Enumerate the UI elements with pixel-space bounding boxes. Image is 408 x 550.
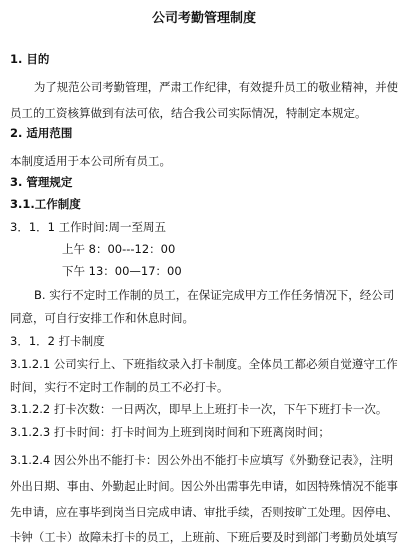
document-title: 公司考勤管理制度 (0, 11, 408, 27)
afternoon-hours: 下午 13：00—17：00 (62, 264, 182, 278)
paragraph-line: 卡钟（工卡）故障未打卡的员工，上班前、下班后要及时到部门考勤员处填写 (10, 530, 398, 544)
paragraph-line: 3.1.2.2 打卡次数：一日两次，即早上上班打卡一次，下午下班打卡一次。 (10, 402, 387, 416)
paragraph-line: 3.1.2.4 因公外出不能打卡：因公外出不能打卡应填写《外勤登记表》，注明 (10, 453, 393, 467)
morning-hours: 上午 8：00---12：00 (62, 242, 175, 256)
paragraph-line: B. 实行不定时工作制的员工，在保证完成甲方工作任务情况下，经公司 (34, 288, 394, 302)
section-heading-scope: 2. 适用范围 (10, 126, 72, 140)
clause-clock-in-system: 3．1．2 打卡制度 (10, 334, 105, 348)
paragraph-line: 同意，可自行安排工作和休息时间。 (10, 311, 194, 325)
section-heading-purpose: 1. 目的 (10, 52, 49, 66)
section-heading-rules: 3. 管理规定 (10, 175, 72, 189)
paragraph-line: 本制度适用于本公司所有员工。 (10, 154, 171, 168)
paragraph-line: 外出日期、事由、外勤起止时间。因公外出需事先申请，如因特殊情况不能事 (10, 479, 398, 493)
clause-work-hours: 3．1．1 工作时间:周一至周五 (10, 220, 166, 234)
paragraph-line: 3.1.2.1 公司实行上、下班指纹录入打卡制度。全体员工都必须自觉遵守工作 (10, 357, 398, 371)
paragraph-line: 员工的工资核算做到有法可依，结合我公司实际情况，特制定本规定。 (10, 106, 367, 120)
paragraph-line: 先申请，应在事毕到岗当日完成申请、审批手续，否则按旷工处理。因停电、 (10, 505, 398, 519)
paragraph-line: 为了规范公司考勤管理，严肃工作纪律，有效提升员工的敬业精神，并使 (34, 80, 398, 94)
paragraph-line: 时间，实行不定时工作制的员工不必打卡。 (10, 380, 229, 394)
paragraph-line: 3.1.2.3 打卡时间：打卡时间为上班到岗时间和下班离岗时间； (10, 425, 330, 439)
subsection-heading-work-system: 3.1.工作制度 (10, 197, 81, 211)
